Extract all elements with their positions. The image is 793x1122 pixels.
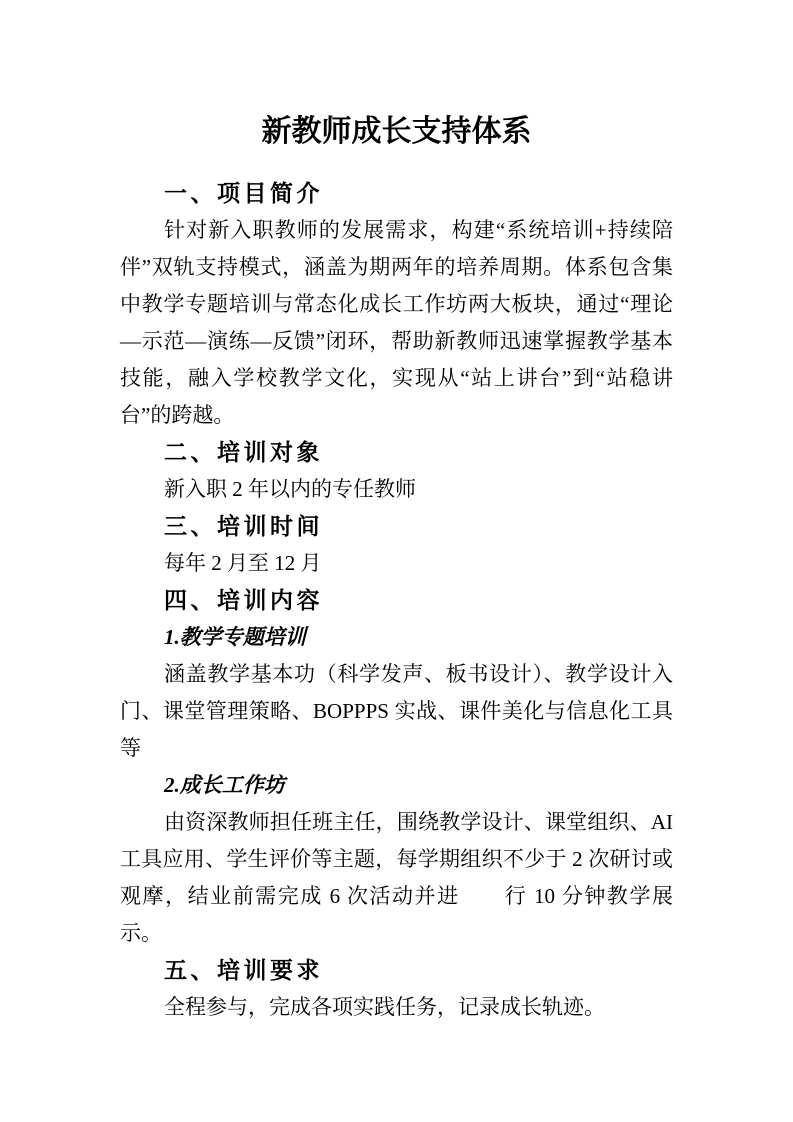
section-2-paragraph: 新入职 2 年以内的专任教师 — [120, 471, 673, 508]
section-5-paragraph: 全程参与，完成各项实践任务，记录成长轨迹。 — [120, 989, 673, 1026]
section-1-paragraph: 针对新入职教师的发展需求，构建“系统培训+持续陪伴”双轨支持模式，涵盖为期两年的… — [120, 212, 673, 434]
document-page: 新教师成长支持体系 一、项目简介 针对新入职教师的发展需求，构建“系统培训+持续… — [0, 0, 793, 1122]
section-1-heading: 一、项目简介 — [120, 175, 673, 212]
section-4-heading: 四、培训内容 — [120, 582, 673, 619]
subsection-4-2-heading: 2.成长工作坊 — [120, 767, 673, 804]
subsection-4-1-heading: 1.教学专题培训 — [120, 619, 673, 656]
section-3-paragraph: 每年 2 月至 12 月 — [120, 545, 673, 582]
subsection-4-1-paragraph: 涵盖教学基本功（科学发声、板书设计）、教学设计入门、课堂管理策略、BOPPPS … — [120, 656, 673, 767]
section-3-heading: 三、培训时间 — [120, 508, 673, 545]
subsection-4-2-paragraph: 由资深教师担任班主任，围绕教学设计、课堂组织、AI 工具应用、学生评价等主题，每… — [120, 804, 673, 952]
document-title: 新教师成长支持体系 — [120, 112, 673, 152]
section-5-heading: 五、培训要求 — [120, 952, 673, 989]
section-2-heading: 二、培训对象 — [120, 434, 673, 471]
